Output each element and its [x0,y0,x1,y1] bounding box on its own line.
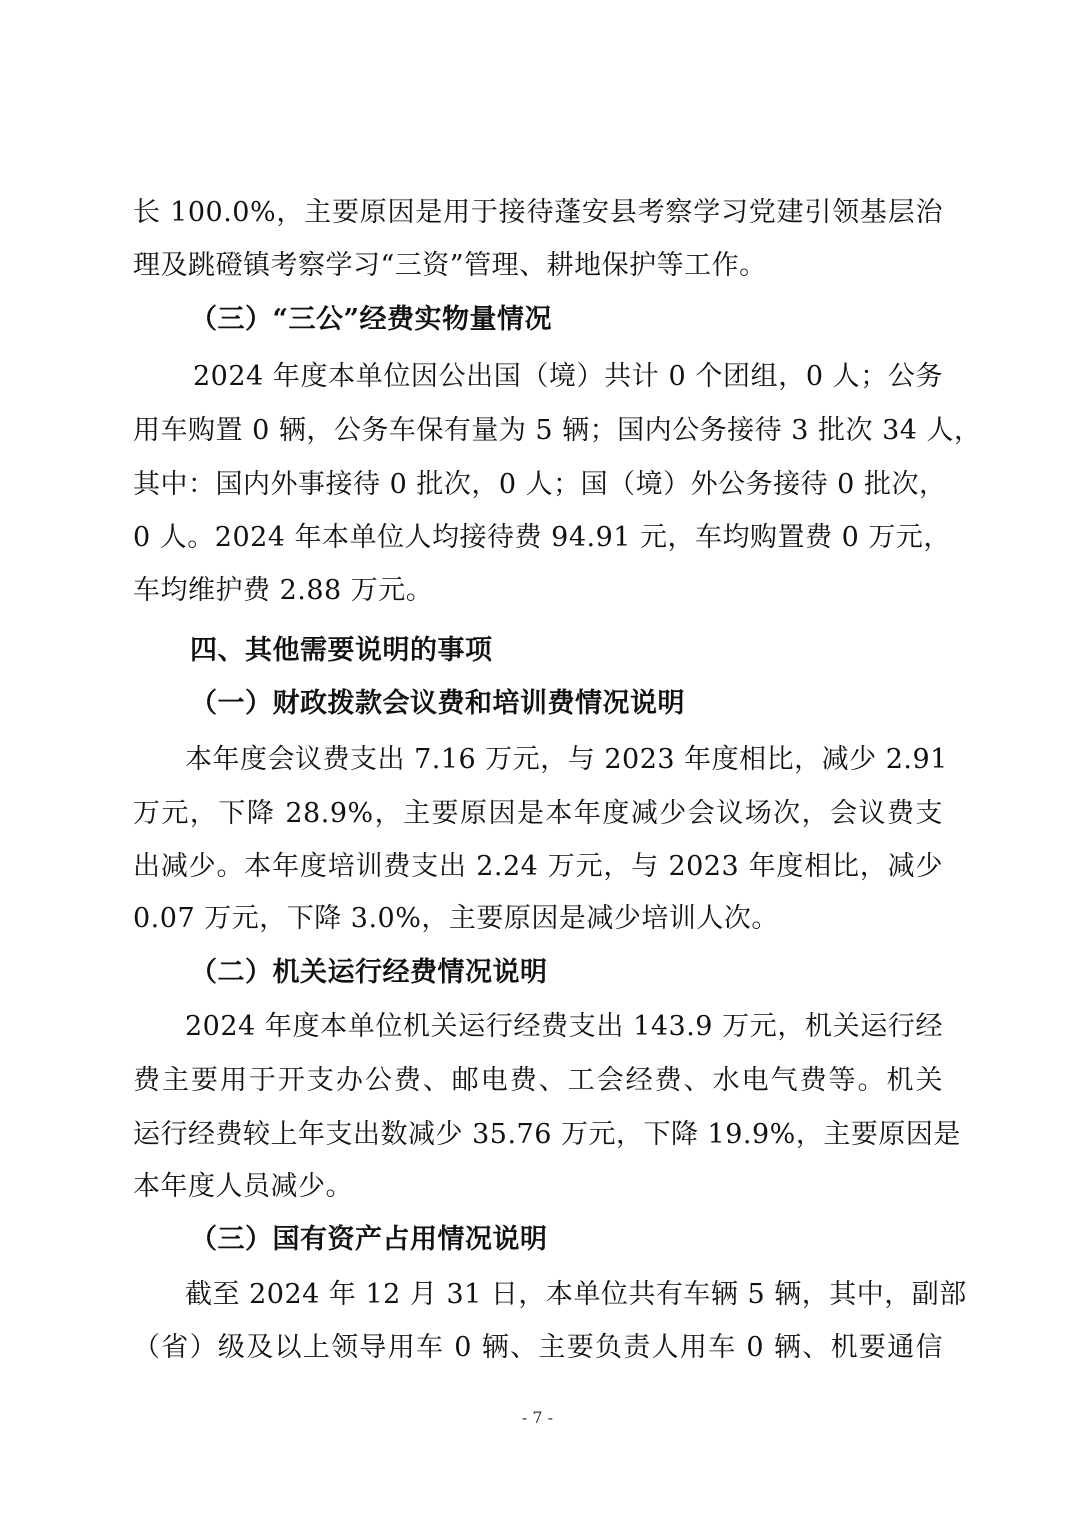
paragraph-line: 车均维护费 2.88 万元。 [133,574,943,608]
paragraph-line: 截至 2024 年 12 月 31 日，本单位共有车辆 5 辆，其中，副部 [185,1278,943,1312]
paragraph-line: 0.07 万元，下降 3.0%，主要原因是减少培训人次。 [133,902,943,936]
section-heading-3: （三）“三公”经费实物量情况 [190,303,1000,337]
paragraph-line: 用车购置 0 辆，公务车保有量为 5 辆；国内公务接待 3 批次 34 人， [133,414,943,448]
paragraph-line: 费主要用于开支办公费、邮电费、工会经费、水电气费等。机关 [133,1064,943,1098]
subsection-heading-3: （三）国有资产占用情况说明 [190,1223,1000,1257]
page-number: - 7 - [0,1408,1075,1427]
paragraph-line: 万元，下降 28.9%，主要原因是本年度减少会议场次，会议费支 [133,797,943,831]
paragraph-line: （省）级及以上领导用车 0 辆、主要负责人用车 0 辆、机要通信 [133,1331,943,1365]
subsection-heading-2: （二）机关运行经费情况说明 [190,956,1000,990]
paragraph-line: 2024 年度本单位因公出国（境）共计 0 个团组，0 人；公务 [193,360,943,394]
paragraph-line: 出减少。本年度培训费支出 2.24 万元，与 2023 年度相比，减少 [133,850,943,884]
paragraph-line: 0 人。2024 年本单位人均接待费 94.91 元，车均购置费 0 万元， [133,521,943,555]
subsection-heading-1: （一）财政拨款会议费和培训费情况说明 [190,687,1000,721]
paragraph-line: 运行经费较上年支出数减少 35.76 万元，下降 19.9%，主要原因是 [133,1118,943,1152]
paragraph-line: 本年度会议费支出 7.16 万元，与 2023 年度相比，减少 2.91 [185,743,943,777]
paragraph-line: 理及跳磴镇考察学习“三资”管理、耕地保护等工作。 [133,249,943,283]
paragraph-line: 长 100.0%，主要原因是用于接待蓬安县考察学习党建引领基层治 [133,196,943,230]
paragraph-line: 其中：国内外事接待 0 批次，0 人；国（境）外公务接待 0 批次， [133,468,943,502]
paragraph-line: 本年度人员减少。 [133,1170,943,1204]
paragraph-line: 2024 年度本单位机关运行经费支出 143.9 万元，机关运行经 [185,1010,943,1044]
part-heading: 四、其他需要说明的事项 [190,634,1000,668]
